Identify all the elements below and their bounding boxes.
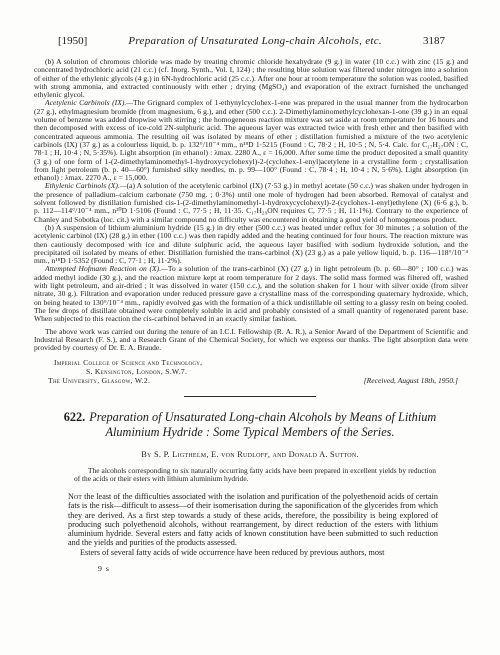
paragraph-text: To a solution of the trans-carbinol (X) … xyxy=(34,264,468,323)
paragraph-text: (b) A solution of chromous chloride was … xyxy=(34,57,468,99)
body-paragraph-2: Esters of several fatty acids of wide oc… xyxy=(68,548,438,557)
paragraph-text: The above work was carried out during th… xyxy=(34,327,468,353)
article-body: Not the least of the difficulties associ… xyxy=(68,492,438,557)
new-article: 622.Preparation of Unsaturated Long-chai… xyxy=(0,410,500,573)
paragraph-ethylenic-carbinols: Ethylenic Carbinols (X).—(a) A solution … xyxy=(34,182,468,223)
paragraph-hofmann-reaction: Attempted Hofmann Reaction on (X).—To a … xyxy=(34,265,468,323)
paragraph-lithium-aluminium-hydride: (b) A suspension of lithium aluminium hy… xyxy=(34,224,468,265)
paragraph-text: The Grignard complex of 1-ethynylcyclohe… xyxy=(34,98,468,182)
running-head: [1950] Preparation of Unsaturated Long-c… xyxy=(0,0,500,47)
printer-signature-mark: 9 s xyxy=(98,564,500,573)
paragraph-text: (b) A suspension of lithium aluminium hy… xyxy=(34,223,468,265)
author-addresses: Imperial College of Science and Technolo… xyxy=(34,359,468,385)
article-title-text: Preparation of Unsaturated Long-chain Al… xyxy=(89,410,436,440)
address-received-row: The University, Glasgow, W.2. [Received,… xyxy=(34,377,468,386)
paragraph-acetylenic-carbinols: Acetylenic Carbinols (IX).—The Grignard … xyxy=(34,99,468,182)
article-abstract: The alcohols corresponding to six natura… xyxy=(74,467,436,484)
received-date: [Received, August 18th, 1950.] xyxy=(364,377,468,386)
paragraph-acknowledgement: The above work was carried out during th… xyxy=(34,328,468,353)
paragraph-chromous-chloride: (b) A solution of chromous chloride was … xyxy=(34,58,468,99)
running-head-year: [1950] xyxy=(58,35,87,47)
article-byline: By S. P. Ligthelm, E. von Rudloff, and D… xyxy=(0,450,500,459)
experimental-section: (b) A solution of chromous chloride was … xyxy=(34,58,468,352)
article-number: 622. xyxy=(64,410,90,424)
running-head-title: Preparation of Unsaturated Long-chain Al… xyxy=(87,35,423,47)
address-line: The University, Glasgow, W.2. xyxy=(34,377,150,386)
article-separator-rule xyxy=(184,396,316,397)
paragraph-lead: Not xyxy=(68,492,82,501)
running-head-page-number: 3187 xyxy=(423,35,445,47)
article-title: 622.Preparation of Unsaturated Long-chai… xyxy=(48,410,452,441)
journal-page: [1950] Preparation of Unsaturated Long-c… xyxy=(0,0,500,655)
body-paragraph-1: Not the least of the difficulties associ… xyxy=(68,492,438,548)
paragraph-text: the least of the difficulties associated… xyxy=(68,492,438,547)
